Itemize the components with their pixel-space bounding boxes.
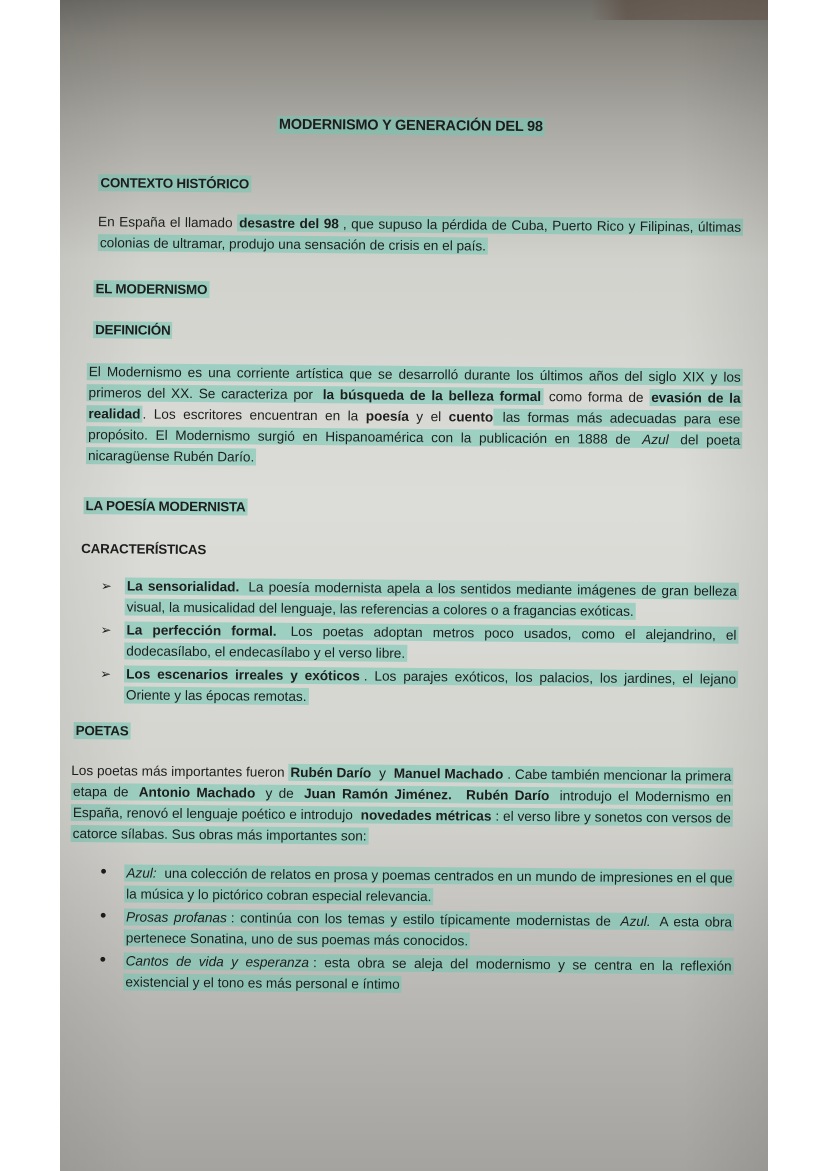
paragraph-poetas: Los poetas más importantes fueron Rubén … bbox=[71, 760, 734, 850]
text: y el bbox=[409, 409, 449, 424]
bold-text: Rubén Darío bbox=[464, 786, 551, 804]
arrow-bullet-icon: ➢ bbox=[100, 619, 111, 640]
text: como forma de bbox=[543, 389, 649, 405]
bold-text: Juan Ramón Jiménez. bbox=[302, 785, 454, 803]
italic-text: Azul bbox=[640, 431, 671, 448]
heading-poetas: POETAS bbox=[74, 720, 131, 741]
bold-text: La sensorialidad. bbox=[125, 577, 242, 595]
italic-text: Cantos de vida y esperanza bbox=[124, 952, 312, 971]
bold-text: la búsqueda de la belleza formal bbox=[321, 386, 544, 405]
heading-text: POETAS bbox=[74, 722, 131, 739]
text: En España el llamado bbox=[98, 214, 237, 230]
text: y de bbox=[257, 785, 302, 802]
bold-text: Antonio Machado bbox=[137, 784, 258, 802]
list-item: ➢ Los escenarios irreales y exóticos. Lo… bbox=[82, 663, 738, 711]
bold-text: novedades métricas bbox=[359, 806, 494, 824]
text: . Los escritores encuentran en la bbox=[142, 407, 365, 424]
paragraph-contexto: En España el llamado desastre del 98, qu… bbox=[98, 211, 743, 259]
document-photo: MODERNISMO Y GENERACIÓN DEL 98 CONTEXTO … bbox=[60, 0, 768, 1171]
document-title-text: MODERNISMO Y GENERACIÓN DEL 98 bbox=[277, 116, 545, 136]
characteristics-list: ➢ La sensorialidad. La poesía modernista… bbox=[82, 575, 739, 713]
heading-caracteristicas: CARACTERÍSTICAS bbox=[81, 538, 206, 560]
text: : continúa con los temas y estilo típica… bbox=[229, 909, 619, 929]
bold-text: La perfección formal. bbox=[124, 621, 278, 639]
bullet-icon: • bbox=[100, 905, 106, 926]
bold-text: Los escenarios irreales y exóticos bbox=[124, 665, 362, 684]
italic-text: Prosas profanas bbox=[124, 908, 229, 926]
list-item: • Prosas profanas: continúa con los tema… bbox=[82, 906, 734, 954]
works-list: • Azul: una colección de relatos en pros… bbox=[81, 862, 734, 1000]
bullet-icon: • bbox=[100, 861, 106, 882]
bold-text: desastre del 98 bbox=[237, 214, 341, 232]
italic-text: Azul. bbox=[618, 913, 652, 930]
list-item: • Cantos de vida y esperanza: esta obra … bbox=[81, 950, 733, 998]
heading-definicion: DEFINICIÓN bbox=[93, 319, 173, 341]
list-item: ➢ La perfección formal. Los poetas adopt… bbox=[82, 619, 738, 667]
heading-contexto-historico: CONTEXTO HISTÓRICO bbox=[98, 172, 251, 194]
paragraph-definicion: El Modernismo es una corriente artística… bbox=[86, 361, 743, 472]
italic-text: Azul: bbox=[124, 864, 158, 881]
arrow-bullet-icon: ➢ bbox=[101, 575, 112, 596]
arrow-bullet-icon: ➢ bbox=[100, 663, 111, 684]
text: Los poetas más importantes fueron bbox=[71, 763, 288, 780]
document-page: MODERNISMO Y GENERACIÓN DEL 98 CONTEXTO … bbox=[78, 0, 748, 6]
text bbox=[454, 786, 464, 803]
bold-text: cuento bbox=[449, 409, 494, 424]
heading-el-modernismo: EL MODERNISMO bbox=[93, 278, 209, 300]
bullet-icon: • bbox=[100, 949, 106, 970]
heading-text: EL MODERNISMO bbox=[93, 280, 209, 298]
heading-text: DEFINICIÓN bbox=[93, 321, 173, 339]
bold-text: Manuel Machado bbox=[392, 765, 506, 783]
list-item: • Azul: una colección de relatos en pros… bbox=[82, 862, 734, 910]
heading-la-poesia-modernista: LA POESÍA MODERNISTA bbox=[83, 495, 247, 517]
heading-text: CONTEXTO HISTÓRICO bbox=[98, 174, 251, 192]
bold-text: Rubén Darío bbox=[288, 764, 373, 782]
text: una colección de relatos en prosa y poem… bbox=[124, 865, 735, 905]
text: y bbox=[373, 765, 392, 782]
document-title: MODERNISMO Y GENERACIÓN DEL 98 bbox=[277, 115, 545, 138]
heading-text: CARACTERÍSTICAS bbox=[81, 541, 206, 557]
list-item: ➢ La sensorialidad. La poesía modernista… bbox=[83, 575, 739, 623]
heading-text: LA POESÍA MODERNISTA bbox=[84, 497, 248, 515]
bold-text: poesía bbox=[366, 409, 409, 424]
